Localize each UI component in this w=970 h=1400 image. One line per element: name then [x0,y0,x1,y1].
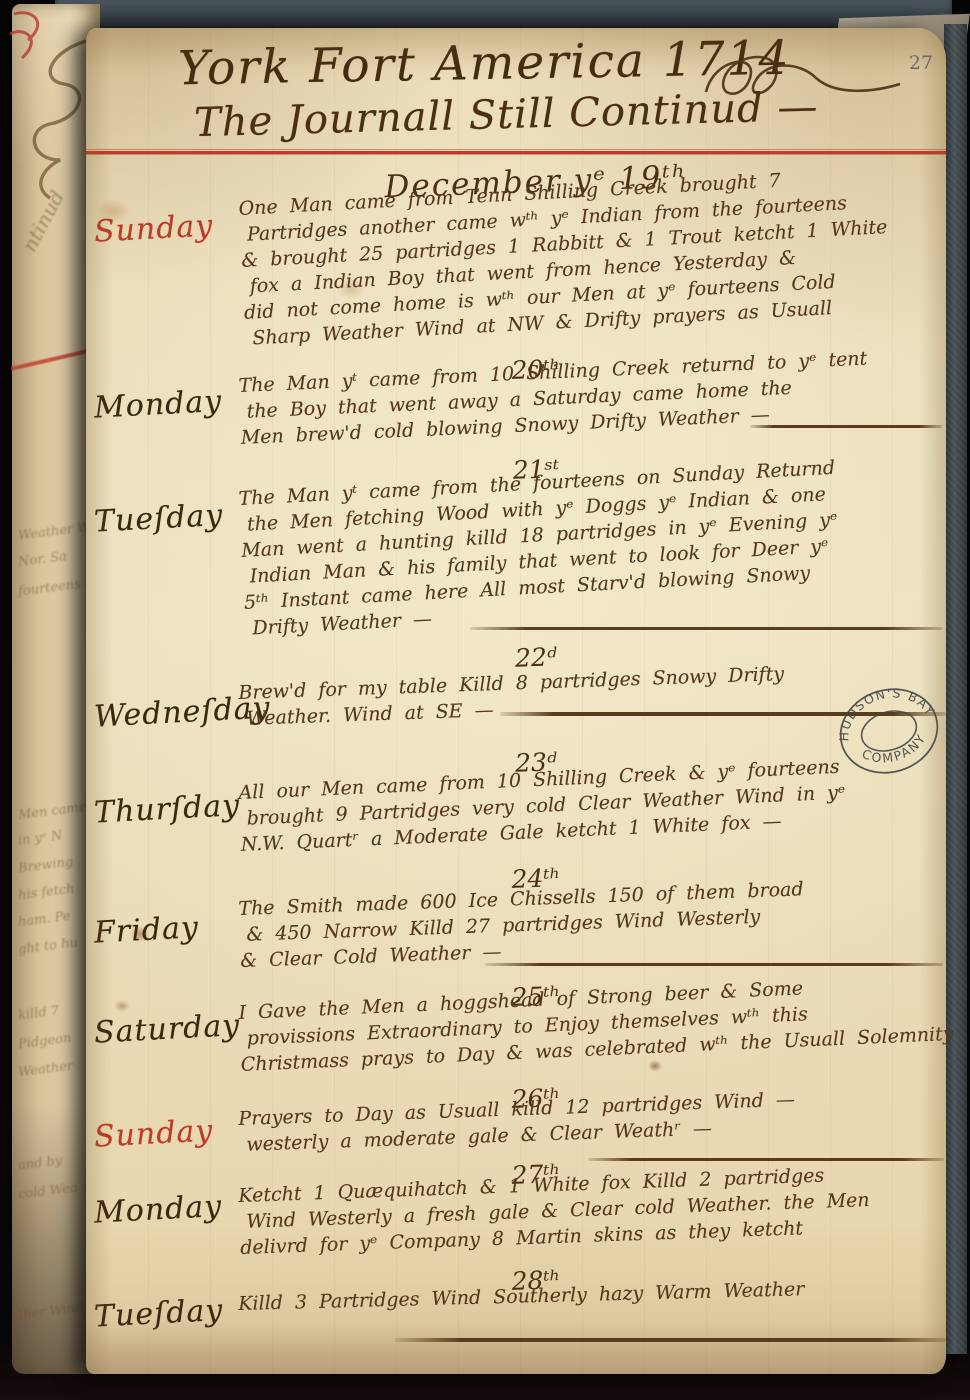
stain [648,1060,662,1072]
bleed-text-fragment: in yᵉ N [17,828,63,848]
bleed-text-fragment: and by [17,1153,63,1173]
bleed-text-fragment: Pidgeon [17,1031,72,1052]
bleed-text-fragment: killd 7 [17,1004,60,1024]
bleed-text-fragment: fourteens b [17,575,94,599]
bleed-text-fragment: his fetch [17,882,75,904]
ink-rule [485,963,943,966]
journal-page: York Fort America 1714 27 The Journall S… [86,28,946,1374]
ink-rule [750,425,942,428]
bleed-text-fragment: ther Wind [17,1300,84,1323]
bleed-text-fragment: Nor. Sa [17,549,67,570]
ink-rule [470,627,942,630]
bleed-text-fragment: ntinud [17,186,69,255]
bleed-text-fragment: Brewing [17,855,74,877]
bleed-text-fragment: Weather [17,1059,74,1081]
journal-entry: I Gave the Men a hoggshead of Strong bee… [238,969,947,1078]
bleed-text-fragment: Men came [17,800,87,823]
bleed-text-fragment: Weather Wi [17,519,95,543]
ink-rule [395,1338,946,1342]
bleed-text-fragment: cold Wea [17,1180,78,1202]
red-corner-flourish [8,6,68,76]
book-cover-top-edge [55,0,952,31]
stain [114,1000,130,1012]
page-number: 27 [909,52,933,74]
book-cover-right-edge [944,24,967,1354]
bleed-text-fragment: ham. Pe [17,909,71,930]
bleed-text-fragment: ght to hu [17,935,78,957]
journal-entry: The Man yᵗ came from 10 Shilling Creek r… [238,342,947,451]
